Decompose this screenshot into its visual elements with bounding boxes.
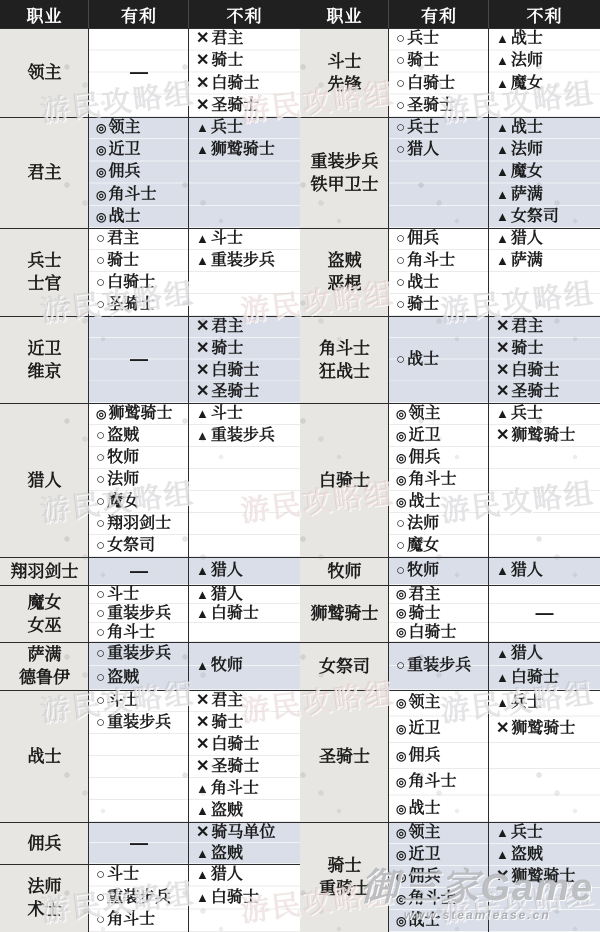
matchup-item: ◎近卫 bbox=[389, 716, 489, 742]
matchup-class-label: 法师 bbox=[107, 469, 139, 491]
matchup-class-label: 骑马单位 bbox=[211, 822, 275, 843]
matchup-class-label: 盗贼 bbox=[211, 800, 243, 822]
matchup-item: ▲重装步兵 bbox=[189, 425, 300, 447]
matchup-class-label: 狮鹫骑士 bbox=[211, 139, 275, 161]
rank-bad-icon: ▲ bbox=[196, 425, 209, 447]
favorable-cell: ○斗士○重装步兵 bbox=[89, 690, 189, 822]
matchup-item: ◎佣兵 bbox=[89, 161, 189, 183]
matchup-class-label: 圣骑士 bbox=[211, 381, 259, 403]
matchup-class-label: 君主 bbox=[107, 228, 139, 250]
matchup-item: ✕骑士 bbox=[189, 338, 300, 360]
rank-bad-icon: ▲ bbox=[196, 654, 209, 678]
favorable-cell: ◎君主◎骑士◎白骑士 bbox=[389, 585, 489, 642]
rank-good-icon: ○ bbox=[96, 491, 105, 513]
rank-worst-icon: ✕ bbox=[196, 28, 209, 50]
class-name-line: 斗士 bbox=[328, 50, 362, 73]
rank-best-icon: ◎ bbox=[396, 491, 406, 513]
matchup-item: ▲猎人 bbox=[489, 228, 600, 250]
rank-bad-icon: ▲ bbox=[496, 139, 509, 161]
rank-good-icon: ○ bbox=[96, 666, 105, 690]
matchup-class-label: 重装步兵 bbox=[407, 654, 471, 678]
rank-worst-icon: ✕ bbox=[196, 338, 209, 360]
matchup-item: ▲角斗士 bbox=[189, 778, 300, 800]
matchup-table-left: 职业有利不利领主—✕君主✕骑士✕白骑士✕圣骑士君主◎领主◎近卫◎佣兵◎角斗士◎战… bbox=[0, 0, 300, 932]
rank-bad-icon: ▲ bbox=[196, 887, 209, 910]
class-name-line: 铁甲卫士 bbox=[311, 173, 379, 196]
matchup-class-label: 兵士 bbox=[407, 28, 439, 50]
rank-good-icon: ○ bbox=[96, 513, 105, 535]
none-dash: — bbox=[130, 61, 148, 83]
matchup-class-label: 君主 bbox=[211, 316, 243, 338]
rank-best-icon: ◎ bbox=[96, 139, 106, 161]
class-row: 圣骑士◎领主◎近卫◎佣兵◎角斗士◎战士▲兵士✕狮鹫骑士 bbox=[300, 690, 600, 822]
rank-good-icon: ○ bbox=[396, 73, 405, 95]
matchup-class-label: 白骑士 bbox=[211, 360, 259, 382]
matchup-item: ○猎人 bbox=[389, 139, 489, 161]
class-name-line: 重装步兵 bbox=[311, 150, 379, 173]
unfavorable-cell: ▲猎人 bbox=[489, 557, 600, 585]
class-name-cell: 战士 bbox=[0, 690, 89, 822]
rank-best-icon: ◎ bbox=[396, 844, 406, 866]
class-row: 斗士先锋○兵士○骑士○白骑士○圣骑士▲战士▲法师▲魔女 bbox=[300, 28, 600, 117]
rank-worst-icon: ✕ bbox=[196, 381, 209, 403]
rank-bad-icon: ▲ bbox=[496, 206, 509, 228]
unfavorable-cell: ▲猎人 bbox=[189, 557, 300, 585]
rank-best-icon: ◎ bbox=[96, 184, 106, 206]
matchup-class-label: 猎人 bbox=[407, 139, 439, 161]
matchup-item: ✕狮鹫骑士 bbox=[489, 425, 600, 447]
matchup-item: ▲重装步兵 bbox=[189, 250, 300, 272]
unfavorable-cell: ▲猎人▲白骑士 bbox=[189, 864, 300, 932]
rank-best-icon: ◎ bbox=[396, 447, 406, 469]
rank-good-icon: ○ bbox=[96, 864, 105, 887]
matchup-item: ▲萨满 bbox=[489, 184, 600, 206]
favorable-cell: ○战士 bbox=[389, 316, 489, 403]
matchup-item: ○重装步兵 bbox=[89, 642, 189, 666]
class-name-line: 术士 bbox=[28, 898, 62, 921]
matchup-class-label: 骑士 bbox=[407, 294, 439, 316]
matchup-item: ○重装步兵 bbox=[389, 654, 489, 678]
matchup-item: ◎战士 bbox=[389, 491, 489, 513]
unfavorable-cell: ▲兵士▲盗贼✕狮鹫骑士 bbox=[489, 822, 600, 932]
matchup-item: ✕白骑士 bbox=[189, 73, 300, 95]
matchup-item: ◎佣兵 bbox=[389, 866, 489, 888]
matchup-class-label: 君主 bbox=[211, 690, 243, 712]
matchup-class-label: 萨满 bbox=[511, 184, 543, 206]
matchup-item: ▲牧师 bbox=[189, 654, 300, 678]
unfavorable-cell: ✕骑马单位▲盗贼 bbox=[189, 822, 300, 864]
matchup-class-label: 白骑士 bbox=[408, 623, 456, 642]
class-name-line: 佣兵 bbox=[28, 832, 62, 855]
matchup-class-label: 重装步兵 bbox=[107, 712, 171, 734]
matchup-item: ▲猎人 bbox=[189, 585, 300, 604]
rank-good-icon: ○ bbox=[396, 513, 405, 535]
rank-bad-icon: ▲ bbox=[496, 250, 509, 272]
class-row: 萨满德鲁伊○重装步兵○盗贼▲牧师 bbox=[0, 642, 300, 690]
class-row: 战士○斗士○重装步兵✕君主✕骑士✕白骑士✕圣骑士▲角斗士▲盗贼 bbox=[0, 690, 300, 822]
rank-bad-icon: ▲ bbox=[196, 403, 209, 425]
matchup-class-label: 法师 bbox=[511, 139, 543, 161]
class-name-line: 领主 bbox=[28, 61, 62, 84]
rank-bad-icon: ▲ bbox=[496, 184, 509, 206]
rank-best-icon: ◎ bbox=[396, 716, 406, 742]
rank-bad-icon: ▲ bbox=[196, 585, 209, 604]
matchup-item: ○角斗士 bbox=[89, 623, 189, 642]
none-dash: — bbox=[130, 833, 148, 854]
matchup-class-label: 骑士 bbox=[211, 338, 243, 360]
matchup-item: ○骑士 bbox=[389, 294, 489, 316]
matchup-class-label: 猎人 bbox=[511, 228, 543, 250]
rank-best-icon: ◎ bbox=[96, 161, 106, 183]
favorable-cell: — bbox=[89, 28, 189, 117]
matchup-class-label: 牧师 bbox=[107, 447, 139, 469]
rank-best-icon: ◎ bbox=[96, 117, 106, 139]
class-row: 领主—✕君主✕骑士✕白骑士✕圣骑士 bbox=[0, 28, 300, 117]
matchup-class-label: 骑士 bbox=[107, 250, 139, 272]
unfavorable-cell: ▲猎人▲白骑士 bbox=[189, 585, 300, 642]
class-row: 角斗士狂战士○战士✕君主✕骑士✕白骑士✕圣骑士 bbox=[300, 316, 600, 403]
class-row: 近卫维京—✕君主✕骑士✕白骑士✕圣骑士 bbox=[0, 316, 300, 403]
rank-bad-icon: ▲ bbox=[496, 73, 509, 95]
class-name-line: 君主 bbox=[28, 161, 62, 184]
rank-best-icon: ◎ bbox=[396, 469, 406, 491]
class-name-cell: 兵士士官 bbox=[0, 228, 89, 316]
class-name-line: 战士 bbox=[28, 745, 62, 768]
matchup-class-label: 战士 bbox=[408, 910, 440, 932]
matchup-class-label: 重装步兵 bbox=[211, 250, 275, 272]
matchup-class-label: 佣兵 bbox=[108, 161, 140, 183]
class-row: 佣兵—✕骑马单位▲盗贼 bbox=[0, 822, 300, 864]
rank-best-icon: ◎ bbox=[396, 822, 406, 844]
matchup-item: ○重装步兵 bbox=[89, 887, 189, 910]
class-name-cell: 近卫维京 bbox=[0, 316, 89, 403]
matchup-class-label: 萨满 bbox=[511, 250, 543, 272]
matchup-item: ▲萨满 bbox=[489, 250, 600, 272]
class-name-cell: 萨满德鲁伊 bbox=[0, 642, 89, 690]
rank-bad-icon: ▲ bbox=[196, 778, 209, 800]
matchup-class-label: 猎人 bbox=[211, 557, 243, 585]
rank-good-icon: ○ bbox=[96, 690, 105, 712]
rank-good-icon: ○ bbox=[96, 585, 105, 604]
rank-bad-icon: ▲ bbox=[196, 228, 209, 250]
class-name-cell: 圣骑士 bbox=[300, 690, 389, 822]
rank-good-icon: ○ bbox=[396, 272, 405, 294]
matchup-class-label: 圣骑士 bbox=[407, 95, 455, 117]
class-name-line: 女祭司 bbox=[319, 655, 370, 678]
rank-bad-icon: ▲ bbox=[496, 822, 509, 844]
matchup-class-label: 圣骑士 bbox=[211, 756, 259, 778]
rank-best-icon: ◎ bbox=[396, 690, 406, 716]
matchup-item: ○骑士 bbox=[389, 50, 489, 72]
matchup-class-label: 角斗士 bbox=[408, 469, 456, 491]
matchup-class-label: 猎人 bbox=[511, 642, 543, 666]
matchup-class-label: 盗贼 bbox=[211, 843, 243, 864]
favorable-cell: ◎领主◎近卫◎佣兵◎角斗士◎战士 bbox=[389, 822, 489, 932]
class-row: 盗贼恶棍○佣兵○角斗士○战士○骑士▲猎人▲萨满 bbox=[300, 228, 600, 316]
matchup-class-label: 圣骑士 bbox=[211, 95, 259, 117]
matchup-class-label: 君主 bbox=[211, 28, 243, 50]
unfavorable-cell: ▲猎人▲白骑士 bbox=[489, 642, 600, 690]
matchup-class-label: 角斗士 bbox=[408, 769, 456, 795]
matchup-item: ▲法师 bbox=[489, 139, 600, 161]
class-name-line: 近卫 bbox=[28, 337, 62, 360]
rank-worst-icon: ✕ bbox=[196, 360, 209, 382]
header-class: 职业 bbox=[300, 0, 389, 28]
matchup-item: ▲盗贼 bbox=[189, 843, 300, 864]
matchup-class-label: 领主 bbox=[108, 117, 140, 139]
matchup-class-label: 猎人 bbox=[211, 585, 243, 604]
unfavorable-cell: ▲兵士✕狮鹫骑士 bbox=[489, 403, 600, 557]
matchup-class-label: 牧师 bbox=[407, 557, 439, 585]
matchup-class-label: 圣骑士 bbox=[107, 294, 155, 316]
matchup-class-label: 斗士 bbox=[211, 228, 243, 250]
matchup-class-label: 女祭司 bbox=[511, 206, 559, 228]
rank-bad-icon: ▲ bbox=[496, 228, 509, 250]
rank-good-icon: ○ bbox=[96, 642, 105, 666]
favorable-cell: ○佣兵○角斗士○战士○骑士 bbox=[389, 228, 489, 316]
matchup-class-label: 角斗士 bbox=[107, 909, 155, 932]
matchup-item: ▲魔女 bbox=[489, 161, 600, 183]
matchup-item: ○白骑士 bbox=[89, 272, 189, 294]
matchup-class-label: 骑士 bbox=[408, 604, 440, 623]
matchup-item: ◎战士 bbox=[89, 206, 189, 228]
class-name-cell: 狮鹫骑士 bbox=[300, 585, 389, 642]
matchup-item: ✕白骑士 bbox=[489, 360, 600, 382]
rank-bad-icon: ▲ bbox=[496, 557, 509, 585]
class-name-line: 恶棍 bbox=[328, 272, 362, 295]
header-unfavorable: 不利 bbox=[189, 0, 300, 28]
unfavorable-cell: ✕君主✕骑士✕白骑士✕圣骑士 bbox=[189, 28, 300, 117]
matchup-item: ○战士 bbox=[389, 349, 489, 371]
matchup-item: ○角斗士 bbox=[389, 250, 489, 272]
matchup-class-label: 白骑士 bbox=[211, 887, 259, 910]
matchup-class-label: 战士 bbox=[407, 349, 439, 371]
matchup-item: ✕君主 bbox=[189, 316, 300, 338]
class-row: 君主◎领主◎近卫◎佣兵◎角斗士◎战士▲兵士▲狮鹫骑士 bbox=[0, 117, 300, 228]
matchup-item: ✕圣骑士 bbox=[489, 381, 600, 403]
rank-bad-icon: ▲ bbox=[496, 844, 509, 866]
rank-good-icon: ○ bbox=[396, 294, 405, 316]
matchup-class-label: 斗士 bbox=[107, 585, 139, 604]
matchup-class-label: 战士 bbox=[408, 491, 440, 513]
matchup-item: ○女祭司 bbox=[89, 535, 189, 557]
matchup-item: ○战士 bbox=[389, 272, 489, 294]
matchup-item: ✕狮鹫骑士 bbox=[489, 866, 600, 888]
matchup-item: — bbox=[89, 557, 189, 585]
unfavorable-cell: ▲战士▲法师▲魔女 bbox=[489, 28, 600, 117]
rank-bad-icon: ▲ bbox=[496, 117, 509, 139]
matchup-item: ▲女祭司 bbox=[489, 206, 600, 228]
matchup-item: — bbox=[489, 604, 600, 623]
class-name-cell: 斗士先锋 bbox=[300, 28, 389, 117]
matchup-class-label: 君主 bbox=[408, 585, 440, 604]
matchup-class-label: 白骑士 bbox=[107, 272, 155, 294]
rank-best-icon: ◎ bbox=[96, 206, 106, 228]
matchup-item: ▲战士 bbox=[489, 28, 600, 50]
rank-good-icon: ○ bbox=[96, 228, 105, 250]
class-name-cell: 女祭司 bbox=[300, 642, 389, 690]
matchup-item: ○斗士 bbox=[89, 690, 189, 712]
matchup-item: ✕圣骑士 bbox=[189, 381, 300, 403]
matchup-class-label: 近卫 bbox=[108, 139, 140, 161]
matchup-item: ○重装步兵 bbox=[89, 712, 189, 734]
rank-best-icon: ◎ bbox=[396, 585, 406, 604]
matchup-item: ◎角斗士 bbox=[389, 769, 489, 795]
class-name-line: 重骑士 bbox=[319, 877, 370, 900]
table-header-row: 职业有利不利 bbox=[300, 0, 600, 28]
matchup-class-label: 兵士 bbox=[511, 822, 543, 844]
matchup-table-right: 职业有利不利斗士先锋○兵士○骑士○白骑士○圣骑士▲战士▲法师▲魔女重装步兵铁甲卫… bbox=[300, 0, 600, 932]
rank-good-icon: ○ bbox=[396, 250, 405, 272]
rank-worst-icon: ✕ bbox=[196, 690, 209, 712]
class-row: 狮鹫骑士◎君主◎骑士◎白骑士— bbox=[300, 585, 600, 642]
matchup-class-label: 白骑士 bbox=[211, 604, 259, 623]
class-name-line: 法师 bbox=[28, 875, 62, 898]
class-name-line: 狮鹫骑士 bbox=[311, 602, 379, 625]
matchup-item: ▲战士 bbox=[489, 117, 600, 139]
matchup-class-label: 领主 bbox=[408, 822, 440, 844]
none-dash: — bbox=[536, 604, 554, 623]
rank-good-icon: ○ bbox=[396, 228, 405, 250]
matchup-class-label: 骑士 bbox=[407, 50, 439, 72]
matchup-class-label: 牧师 bbox=[211, 654, 243, 678]
matchup-class-label: 白骑士 bbox=[211, 734, 259, 756]
class-name-cell: 领主 bbox=[0, 28, 89, 117]
favorable-cell: ○斗士○重装步兵○角斗士 bbox=[89, 585, 189, 642]
favorable-cell: — bbox=[89, 316, 189, 403]
class-name-line: 萨满 bbox=[28, 643, 62, 666]
rank-worst-icon: ✕ bbox=[496, 425, 509, 447]
rank-bad-icon: ▲ bbox=[196, 139, 209, 161]
matchup-item: ✕骑士 bbox=[189, 50, 300, 72]
class-name-line: 狂战士 bbox=[319, 360, 370, 383]
class-row: 重装步兵铁甲卫士○兵士○猎人▲战士▲法师▲魔女▲萨满▲女祭司 bbox=[300, 117, 600, 228]
matchup-item: ✕君主 bbox=[189, 28, 300, 50]
matchup-item: ▲魔女 bbox=[489, 73, 600, 95]
rank-worst-icon: ✕ bbox=[496, 338, 509, 360]
favorable-cell: ○兵士○骑士○白骑士○圣骑士 bbox=[389, 28, 489, 117]
matchup-item: ○牧师 bbox=[89, 447, 189, 469]
header-class: 职业 bbox=[0, 0, 89, 28]
matchup-item: ◎战士 bbox=[389, 796, 489, 822]
rank-bad-icon: ▲ bbox=[196, 864, 209, 887]
matchup-class-label: 白骑士 bbox=[511, 666, 559, 690]
rank-good-icon: ○ bbox=[396, 654, 405, 678]
matchup-item: ○盗贼 bbox=[89, 425, 189, 447]
rank-good-icon: ○ bbox=[96, 623, 105, 642]
matchup-class-label: 佣兵 bbox=[408, 866, 440, 888]
matchup-item: ✕白骑士 bbox=[189, 734, 300, 756]
matchup-item: — bbox=[89, 833, 189, 854]
rank-bad-icon: ▲ bbox=[196, 604, 209, 623]
rank-worst-icon: ✕ bbox=[196, 822, 209, 843]
matchup-item: ○牧师 bbox=[389, 557, 489, 585]
matchup-item: ◎骑士 bbox=[389, 604, 489, 623]
rank-best-icon: ◎ bbox=[396, 743, 406, 769]
matchup-item: — bbox=[89, 349, 189, 371]
rank-bad-icon: ▲ bbox=[196, 843, 209, 864]
matchup-class-label: 重装步兵 bbox=[107, 604, 171, 623]
matchup-item: ▲盗贼 bbox=[489, 844, 600, 866]
unfavorable-cell: — bbox=[489, 585, 600, 642]
rank-worst-icon: ✕ bbox=[196, 316, 209, 338]
class-name-cell: 翔羽剑士 bbox=[0, 557, 89, 585]
rank-good-icon: ○ bbox=[96, 425, 105, 447]
rank-best-icon: ◎ bbox=[396, 604, 406, 623]
matchup-item: ○重装步兵 bbox=[89, 604, 189, 623]
matchup-item: ◎近卫 bbox=[389, 425, 489, 447]
rank-best-icon: ◎ bbox=[96, 403, 106, 425]
rank-good-icon: ○ bbox=[96, 447, 105, 469]
favorable-cell: ○斗士○重装步兵○角斗士 bbox=[89, 864, 189, 932]
class-name-line: 德鲁伊 bbox=[19, 666, 70, 689]
rank-best-icon: ◎ bbox=[396, 910, 406, 932]
unfavorable-cell: ▲斗士▲重装步兵 bbox=[189, 403, 300, 557]
matchup-class-label: 狮鹫骑士 bbox=[511, 716, 575, 742]
rank-good-icon: ○ bbox=[396, 535, 405, 557]
class-name-line: 牧师 bbox=[328, 560, 362, 583]
rank-good-icon: ○ bbox=[96, 909, 105, 932]
matchup-class-label: 盗贼 bbox=[511, 844, 543, 866]
class-row: 法师术士○斗士○重装步兵○角斗士▲猎人▲白骑士 bbox=[0, 864, 300, 932]
class-name-line: 兵士 bbox=[28, 249, 62, 272]
rank-good-icon: ○ bbox=[96, 272, 105, 294]
rank-best-icon: ◎ bbox=[396, 425, 406, 447]
rank-bad-icon: ▲ bbox=[496, 690, 509, 716]
matchup-class-label: 战士 bbox=[108, 206, 140, 228]
rank-good-icon: ○ bbox=[396, 139, 405, 161]
header-favorable: 有利 bbox=[89, 0, 189, 28]
matchup-item: ▲斗士 bbox=[189, 403, 300, 425]
matchup-item: ○兵士 bbox=[389, 117, 489, 139]
rank-best-icon: ◎ bbox=[396, 888, 406, 910]
rank-worst-icon: ✕ bbox=[196, 95, 209, 117]
matchup-item: ○翔羽剑士 bbox=[89, 513, 189, 535]
class-name-cell: 魔女女巫 bbox=[0, 585, 89, 642]
matchup-class-label: 佣兵 bbox=[408, 447, 440, 469]
matchup-class-label: 重装步兵 bbox=[211, 425, 275, 447]
matchup-class-label: 近卫 bbox=[408, 425, 440, 447]
matchup-class-label: 领主 bbox=[408, 403, 440, 425]
class-name-cell: 猎人 bbox=[0, 403, 89, 557]
matchup-item: ○君主 bbox=[89, 228, 189, 250]
matchup-class-label: 骑士 bbox=[511, 338, 543, 360]
matchup-item: ○兵士 bbox=[389, 28, 489, 50]
matchup-class-label: 重装步兵 bbox=[107, 642, 171, 666]
matchup-class-label: 近卫 bbox=[408, 716, 440, 742]
favorable-cell: ○兵士○猎人 bbox=[389, 117, 489, 228]
none-dash: — bbox=[130, 557, 148, 585]
rank-good-icon: ○ bbox=[96, 887, 105, 910]
matchup-class-label: 盗贼 bbox=[107, 425, 139, 447]
favorable-cell: ○牧师 bbox=[389, 557, 489, 585]
matchup-item: ✕君主 bbox=[489, 316, 600, 338]
matchup-class-label: 角斗士 bbox=[108, 184, 156, 206]
class-name-line: 女巫 bbox=[28, 614, 62, 637]
matchup-item: ▲狮鹫骑士 bbox=[189, 139, 300, 161]
matchup-item: ◎角斗士 bbox=[389, 469, 489, 491]
matchup-class-label: 法师 bbox=[407, 513, 439, 535]
class-row: 白骑士◎领主◎近卫◎佣兵◎角斗士◎战士○法师○魔女▲兵士✕狮鹫骑士 bbox=[300, 403, 600, 557]
class-row: 翔羽剑士—▲猎人 bbox=[0, 557, 300, 585]
unfavorable-cell: ▲猎人▲萨满 bbox=[489, 228, 600, 316]
matchup-class-label: 猎人 bbox=[511, 557, 543, 585]
rank-bad-icon: ▲ bbox=[196, 800, 209, 822]
matchup-class-label: 君主 bbox=[511, 316, 543, 338]
class-name-cell: 佣兵 bbox=[0, 822, 89, 864]
matchup-item: ◎领主 bbox=[389, 690, 489, 716]
unfavorable-cell: ▲战士▲法师▲魔女▲萨满▲女祭司 bbox=[489, 117, 600, 228]
